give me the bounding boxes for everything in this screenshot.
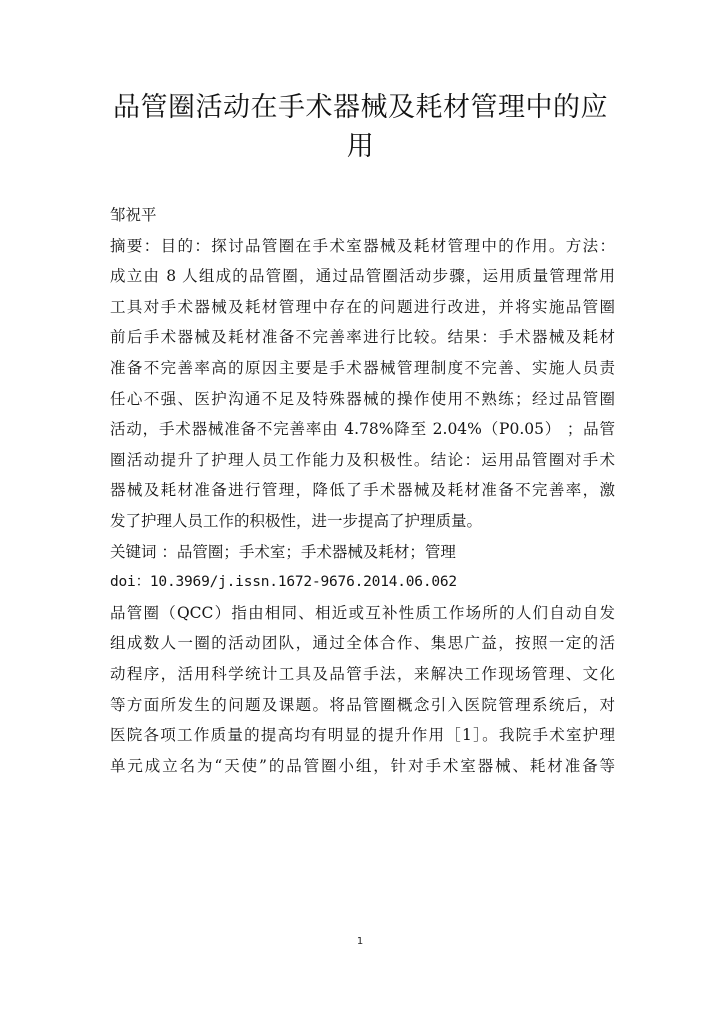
abstract-line: 成立由 8 人组成的品管圈，通过品管圈活动步骤，运用质量管理常用 bbox=[110, 261, 615, 292]
title-line-2: 用 bbox=[347, 131, 375, 162]
title-line-1: 品管圈活动在手术器械及耗材管理中的应 bbox=[113, 92, 608, 123]
intro-line: 品管圈（QCC）指由相同、相近或互补性质工作场所的人们自动自发 bbox=[110, 598, 615, 629]
intro-line: 等方面所发生的问题及课题。将品管圈概念引入医院管理系统后，对 bbox=[110, 690, 615, 721]
intro-paragraph: 品管圈（QCC）指由相同、相近或互补性质工作场所的人们自动自发 组成数人一圈的活… bbox=[110, 598, 615, 782]
abstract-line: 发了护理人员工作的积极性，进一步提高了护理质量。 bbox=[110, 506, 615, 537]
abstract-line: 摘要：目的：探讨品管圈在手术室器械及耗材管理中的作用。方法： bbox=[110, 231, 615, 262]
abstract-line: 工具对手术器械及耗材管理中存在的问题进行改进，并将实施品管圈 bbox=[110, 292, 615, 323]
abstract-line: 准备不完善率高的原因主要是手术器械管理制度不完善、实施人员责 bbox=[110, 353, 615, 384]
doi-line: doi：10.3969/j.issn.1672-9676.2014.06.062 bbox=[110, 567, 615, 598]
intro-line: 组成数人一圈的活动团队，通过全体合作、集思广益，按照一定的活 bbox=[110, 628, 615, 659]
abstract-line: 前后手术器械及耗材准备不完善率进行比较。结果：手术器械及耗材 bbox=[110, 322, 615, 353]
abstract-paragraph: 摘要：目的：探讨品管圈在手术室器械及耗材管理中的作用。方法： 成立由 8 人组成… bbox=[110, 231, 615, 537]
abstract-line: 任心不强、医护沟通不足及特殊器械的操作使用不熟练；经过品管圈 bbox=[110, 384, 615, 415]
document-body: 邹祝平 摘要：目的：探讨品管圈在手术室器械及耗材管理中的作用。方法： 成立由 8… bbox=[110, 200, 615, 781]
intro-line: 医院各项工作质量的提高均有明显的提升作用［1］。我院手术室护理 bbox=[110, 720, 615, 751]
page-number: 1 bbox=[340, 936, 380, 947]
author-name: 邹祝平 bbox=[110, 200, 615, 231]
abstract-line: 器械及耗材准备进行管理，降低了手术器械及耗材准备不完善率，激 bbox=[110, 475, 615, 506]
document-page: 品管圈活动在手术器械及耗材管理中的应 用 邹祝平 摘要：目的：探讨品管圈在手术室… bbox=[0, 0, 721, 1020]
abstract-line: 活动，手术器械准备不完善率由 4.78%降至 2.04%（P0.05） ；品管 bbox=[110, 414, 615, 445]
keywords-line: 关键词 ：品管圈；手术室；手术器械及耗材；管理 bbox=[110, 537, 615, 568]
document-title: 品管圈活动在手术器械及耗材管理中的应 用 bbox=[100, 88, 621, 166]
intro-line: 动程序，活用科学统计工具及品管手法，来解决工作现场管理、文化 bbox=[110, 659, 615, 690]
abstract-line: 圈活动提升了护理人员工作能力及积极性。结论：运用品管圈对手术 bbox=[110, 445, 615, 476]
intro-line: 单元成立名为“天使”的品管圈小组，针对手术室器械、耗材准备等 bbox=[110, 751, 615, 782]
